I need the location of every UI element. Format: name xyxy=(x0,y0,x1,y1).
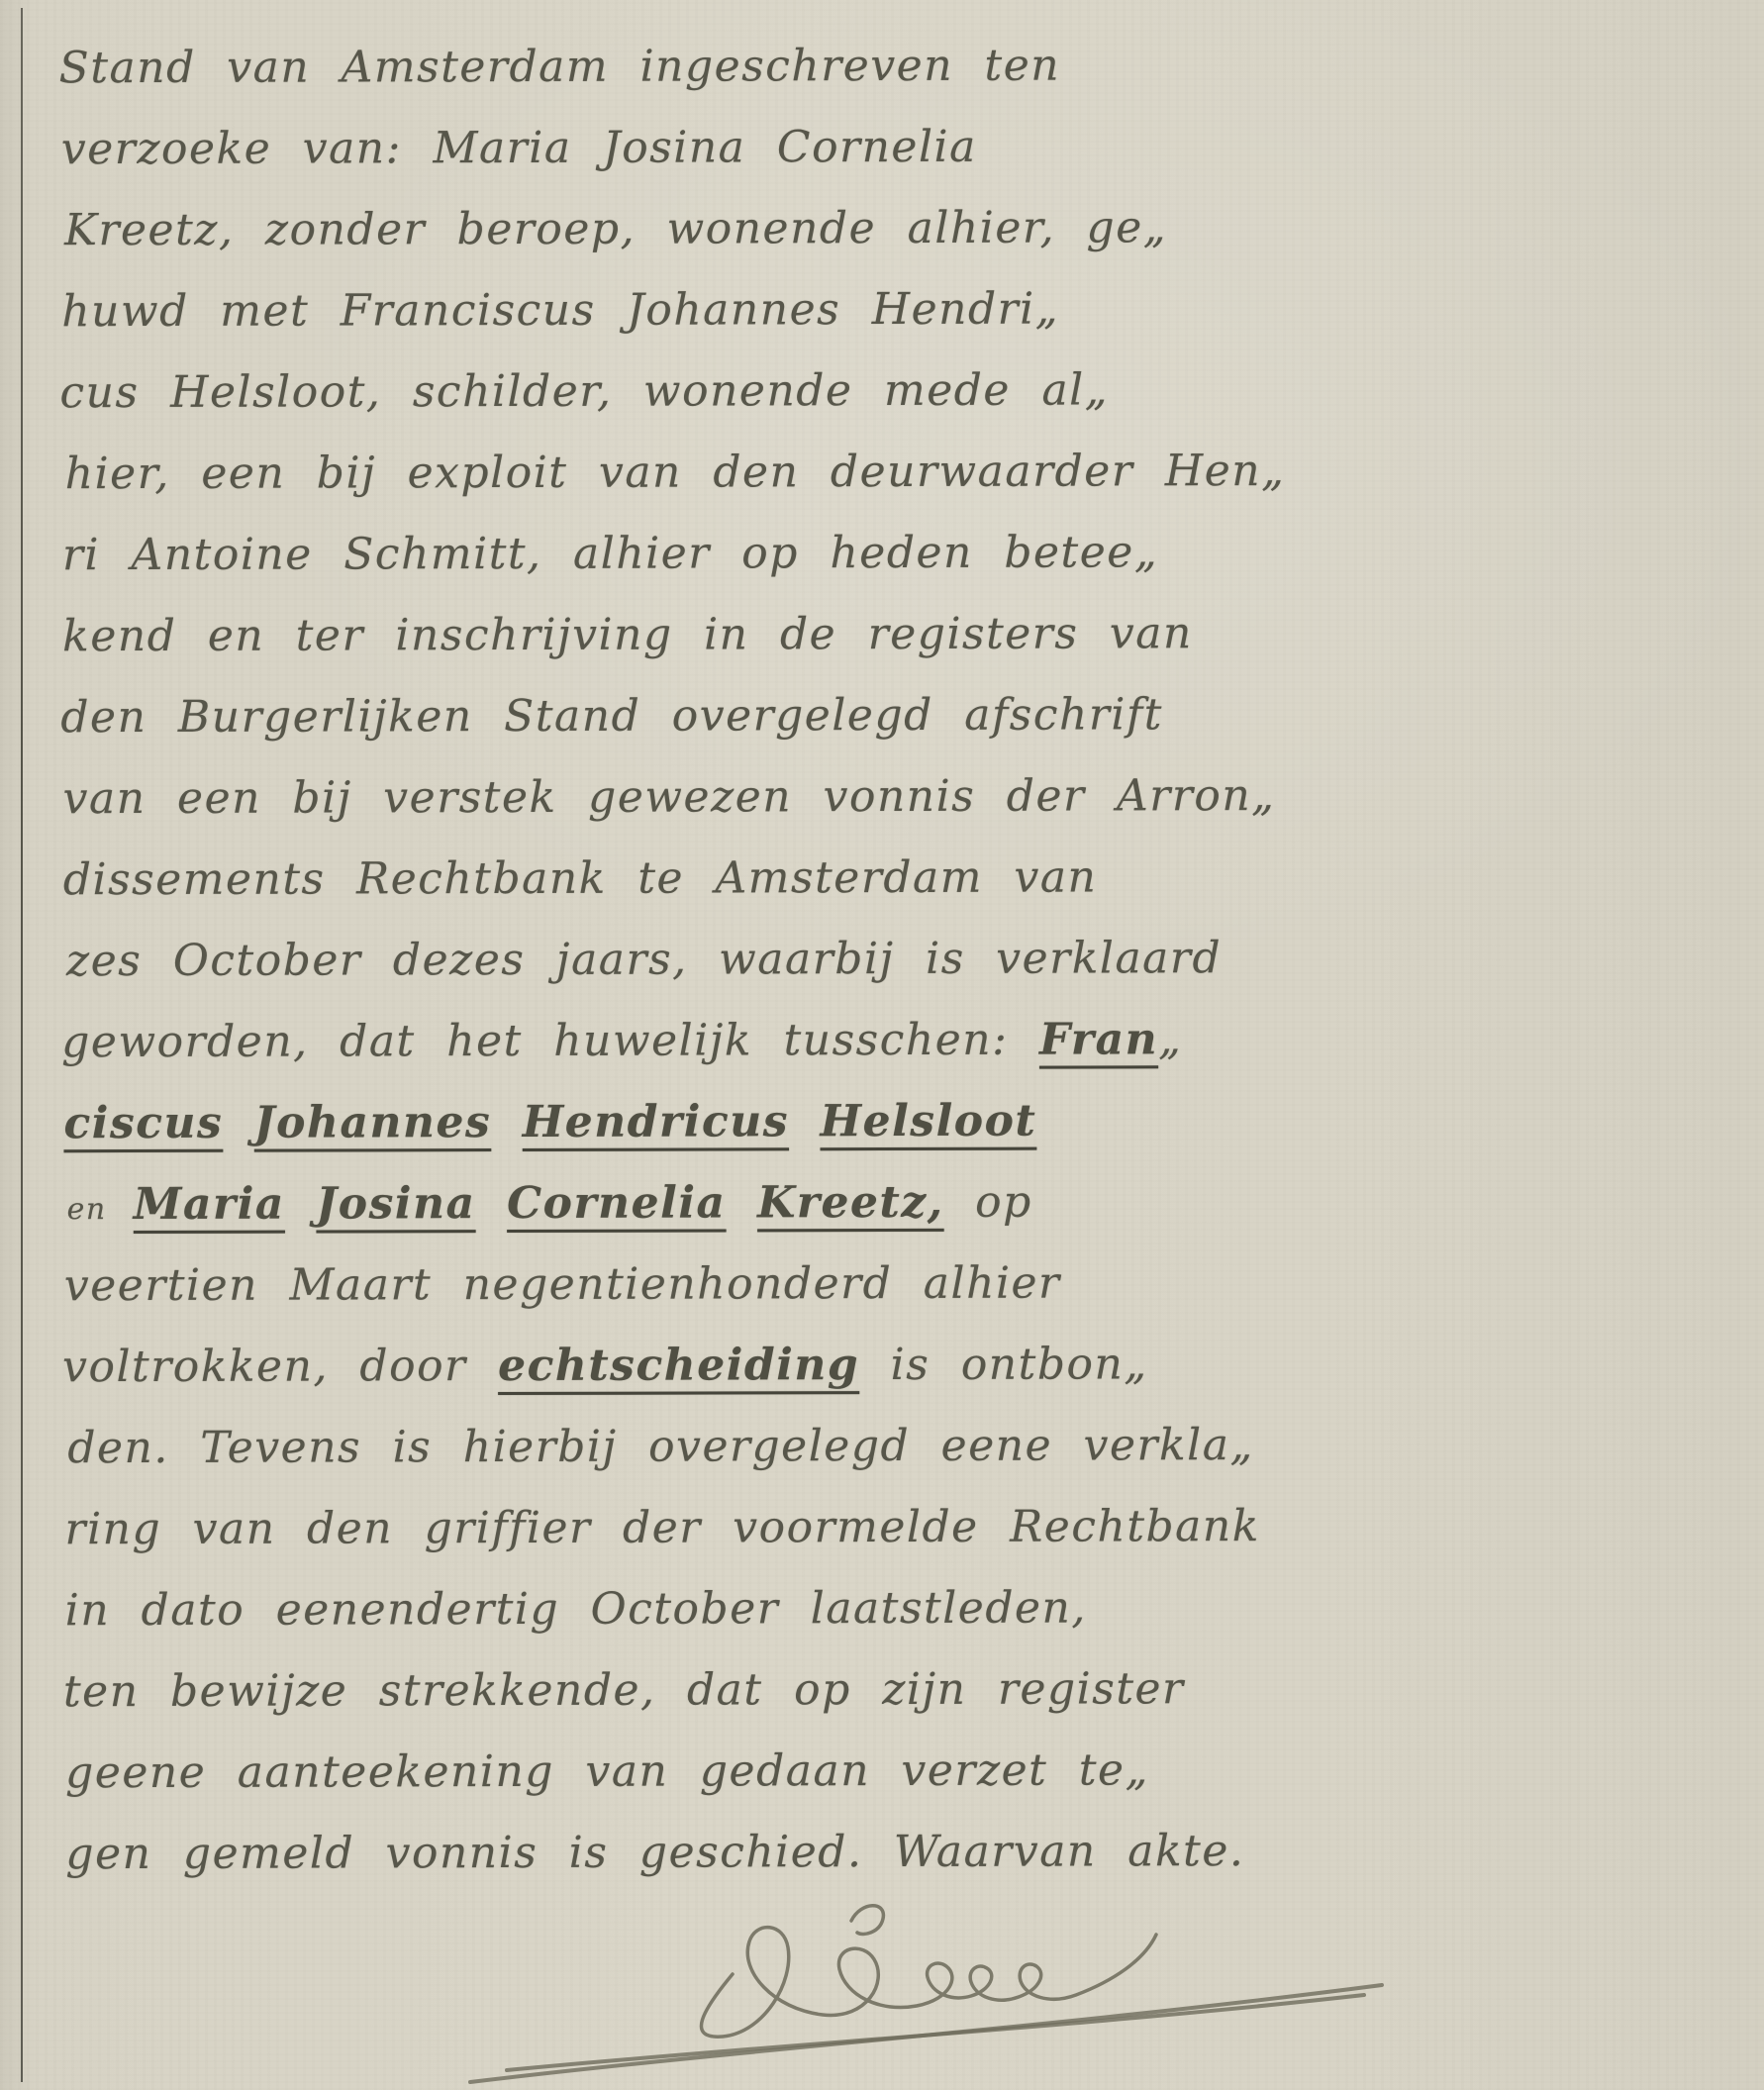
underlined-word: Helsloot xyxy=(820,1096,1036,1147)
text-segment: den. Tevens is hierbij overgelegd eene v… xyxy=(67,1420,1254,1473)
text-segment xyxy=(789,1096,821,1146)
text-segment: veertien Maart negentienhonderd alhier xyxy=(64,1258,1061,1312)
underlined-word: Johannes xyxy=(254,1097,492,1148)
text-segment: ten bewijze strekkende, dat op zijn regi… xyxy=(63,1663,1185,1717)
underlined-word: Cornelia xyxy=(507,1177,727,1229)
text-line: verzoeke van: Maria Josina Cornelia xyxy=(61,105,1718,190)
text-segment: gen gemeld vonnis is geschied. Waarvan a… xyxy=(65,1826,1244,1879)
text-segment: hier, een bij exploit van den deurwaarde… xyxy=(65,446,1286,499)
text-segment xyxy=(285,1179,317,1230)
text-line: ring van den griffier der voormelde Rech… xyxy=(64,1485,1721,1570)
text-segment xyxy=(726,1177,757,1228)
text-segment xyxy=(223,1098,254,1148)
text-segment: Stand van Amsterdam ingeschreven ten xyxy=(59,41,1061,94)
text-segment: van een bij verstek gewezen vonnis der A… xyxy=(63,770,1276,824)
text-segment xyxy=(491,1097,523,1147)
text-segment: geene aanteekening van gedaan verzet te„ xyxy=(65,1744,1149,1798)
text-line: ten bewijze strekkende, dat op zijn regi… xyxy=(63,1647,1720,1733)
underlined-word: Hendricus xyxy=(523,1096,789,1147)
text-segment: in dato eenendertig October laatstleden, xyxy=(65,1582,1087,1636)
text-segment: is ontbon„ xyxy=(859,1339,1148,1390)
text-line: veertien Maart negentienhonderd alhier xyxy=(64,1242,1721,1327)
text-line: hier, een bij exploit van den deurwaarde… xyxy=(65,430,1722,515)
underlined-word: echtscheiding xyxy=(498,1340,859,1391)
text-line: geene aanteekening van gedaan verzet te„ xyxy=(65,1729,1722,1814)
text-line: cus Helsloot, schilder, wonende mede al„ xyxy=(59,348,1716,434)
text-segment: voltrokken, door xyxy=(62,1341,498,1392)
text-line: van een bij verstek gewezen vonnis der A… xyxy=(62,754,1719,840)
text-segment: den Burgerlijken Stand overgelegd afschr… xyxy=(60,689,1163,743)
text-segment: ring van den griffier der voormelde Rech… xyxy=(64,1501,1260,1554)
text-line: ciscus Johannes Hendricus Helsloot xyxy=(63,1079,1720,1164)
document-page: Stand van Amsterdam ingeschreven tenverz… xyxy=(0,0,1764,2090)
text-segment: verzoeke van: Maria Josina Cornelia xyxy=(61,122,977,174)
text-line: in dato eenendertig October laatstleden, xyxy=(65,1566,1722,1651)
text-segment: op xyxy=(944,1177,1032,1228)
signature-tick xyxy=(851,1906,883,1935)
text-segment: Kreetz, zonder beroep, wonende alhier, g… xyxy=(64,202,1167,255)
text-segment xyxy=(475,1178,507,1229)
text-segment: kend en ter inschrijving in de registers… xyxy=(62,608,1193,661)
text-line: en Maria Josina Cornelia Kreetz, op xyxy=(67,1160,1724,1245)
margin-rule xyxy=(21,8,23,2082)
text-line: voltrokken, door echtscheiding is ontbon… xyxy=(62,1323,1719,1408)
text-segment: en xyxy=(67,1192,134,1227)
text-line: dissements Rechtbank te Amsterdam van xyxy=(63,836,1720,921)
text-line: Kreetz, zonder beroep, wonende alhier, g… xyxy=(64,186,1721,271)
text-segment: dissements Rechtbank te Amsterdam van xyxy=(63,851,1098,905)
text-segment: geworden, dat het huwelijk tusschen: xyxy=(61,1015,1039,1068)
text-line: zes October dezes jaars, waarbij is verk… xyxy=(66,917,1723,1002)
signature xyxy=(436,1879,1425,2089)
text-line: Stand van Amsterdam ingeschreven ten xyxy=(59,24,1716,109)
text-segment: huwd met Franciscus Johannes Hendri„ xyxy=(61,284,1059,338)
underlined-word: Maria xyxy=(134,1179,285,1230)
underlined-word: Fran xyxy=(1039,1014,1158,1064)
signature-flourish-lower xyxy=(507,1995,1364,2070)
text-line: kend en ter inschrijving in de registers… xyxy=(62,592,1719,677)
text-segment: zes October dezes jaars, waarbij is verk… xyxy=(66,933,1222,986)
underlined-word: ciscus xyxy=(63,1098,223,1148)
text-segment: „ xyxy=(1158,1014,1182,1064)
text-line: huwd met Franciscus Johannes Hendri„ xyxy=(61,267,1718,352)
text-segment: cus Helsloot, schilder, wonende mede al„ xyxy=(59,364,1109,418)
handwritten-text: Stand van Amsterdam ingeschreven tenverz… xyxy=(61,24,1723,1895)
underlined-word: Josina xyxy=(316,1178,475,1229)
underlined-word: Kreetz, xyxy=(757,1177,944,1228)
text-segment: ri Antoine Schmitt, alhier op heden bete… xyxy=(62,527,1158,580)
text-line: ri Antoine Schmitt, alhier op heden bete… xyxy=(62,511,1719,596)
text-line: den. Tevens is hierbij overgelegd eene v… xyxy=(67,1404,1724,1489)
text-line: den Burgerlijken Stand overgelegd afschr… xyxy=(60,673,1717,758)
text-line: geworden, dat het huwelijk tusschen: Fra… xyxy=(61,998,1718,1083)
